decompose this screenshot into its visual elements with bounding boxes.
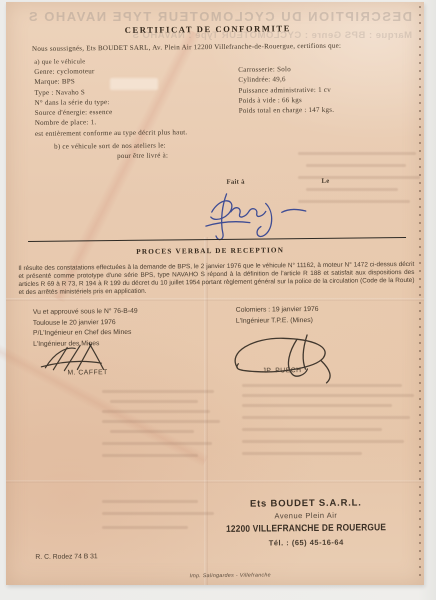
- footer-printer: Imp. Salingardes - Villefranche: [190, 572, 271, 579]
- proces-verbal-heading: PROCES VERBAL DE RECEPTION: [6, 245, 414, 257]
- spec-right-column: Carrosserie: Solo Cylindrée: 49,6 Puissa…: [238, 65, 334, 117]
- spec-left-column: Genre: cyclomoteur Marque: BPS Type : Na…: [34, 67, 112, 130]
- signature-boudet: [193, 185, 312, 244]
- conformity-line: est entièrement conforme au type décrit …: [35, 128, 188, 138]
- document-title: CERTIFICAT DE CONFORMITE: [4, 22, 412, 36]
- signature-puech: [223, 329, 342, 386]
- footer-phone: Tél. : (65) 45-16-64: [195, 537, 417, 548]
- intro-line: Nous soussignés, Ets BOUDET SARL, Av. Pl…: [32, 41, 402, 53]
- section-b-line2: pour être livré à:: [117, 151, 168, 160]
- footer-address-block: Ets BOUDET S.A.R.L. Avenue Plein Air 122…: [195, 497, 418, 548]
- document-paper: DESCRIPTION DU CYCLOMOTEUR TYPE NAVAHO S…: [6, 2, 424, 585]
- footer-city: 12200 VILLEFRANCHE DE ROUERGUE: [208, 522, 403, 535]
- footer-street: Avenue Plein Air: [195, 510, 417, 521]
- scan-background: DESCRIPTION DU CYCLOMOTEUR TYPE NAVAHO S…: [0, 0, 436, 600]
- footer-company: Ets BOUDET S.A.R.L.: [195, 497, 417, 510]
- le-label: Le: [321, 178, 329, 185]
- document-content: CERTIFICAT DE CONFORMITE Nous soussignés…: [4, 0, 428, 587]
- approval-right-name: JP. PUECH: [262, 367, 301, 374]
- section-a-label: a) que le véhicule: [34, 58, 85, 66]
- proces-verbal-body: Il résulte des constatations effectuées …: [18, 261, 414, 297]
- section-b-line1: b) ce véhicule sort de nos ateliers le:: [54, 142, 166, 151]
- approval-right-block: Colomiers : 19 janvier 1976 L'Ingénieur …: [236, 306, 319, 328]
- footer-rc: R. C. Rodez 74 B 31: [35, 553, 97, 561]
- spec-nombre-place: Nombre de place: 1.: [35, 119, 113, 130]
- approval-left-name: M. CAFFET: [67, 369, 107, 376]
- spec-poids-charge: Poids total en charge : 147 kgs.: [239, 106, 335, 117]
- approval-right-line2: L'Ingénieur T.P.E. (Mines): [236, 316, 319, 327]
